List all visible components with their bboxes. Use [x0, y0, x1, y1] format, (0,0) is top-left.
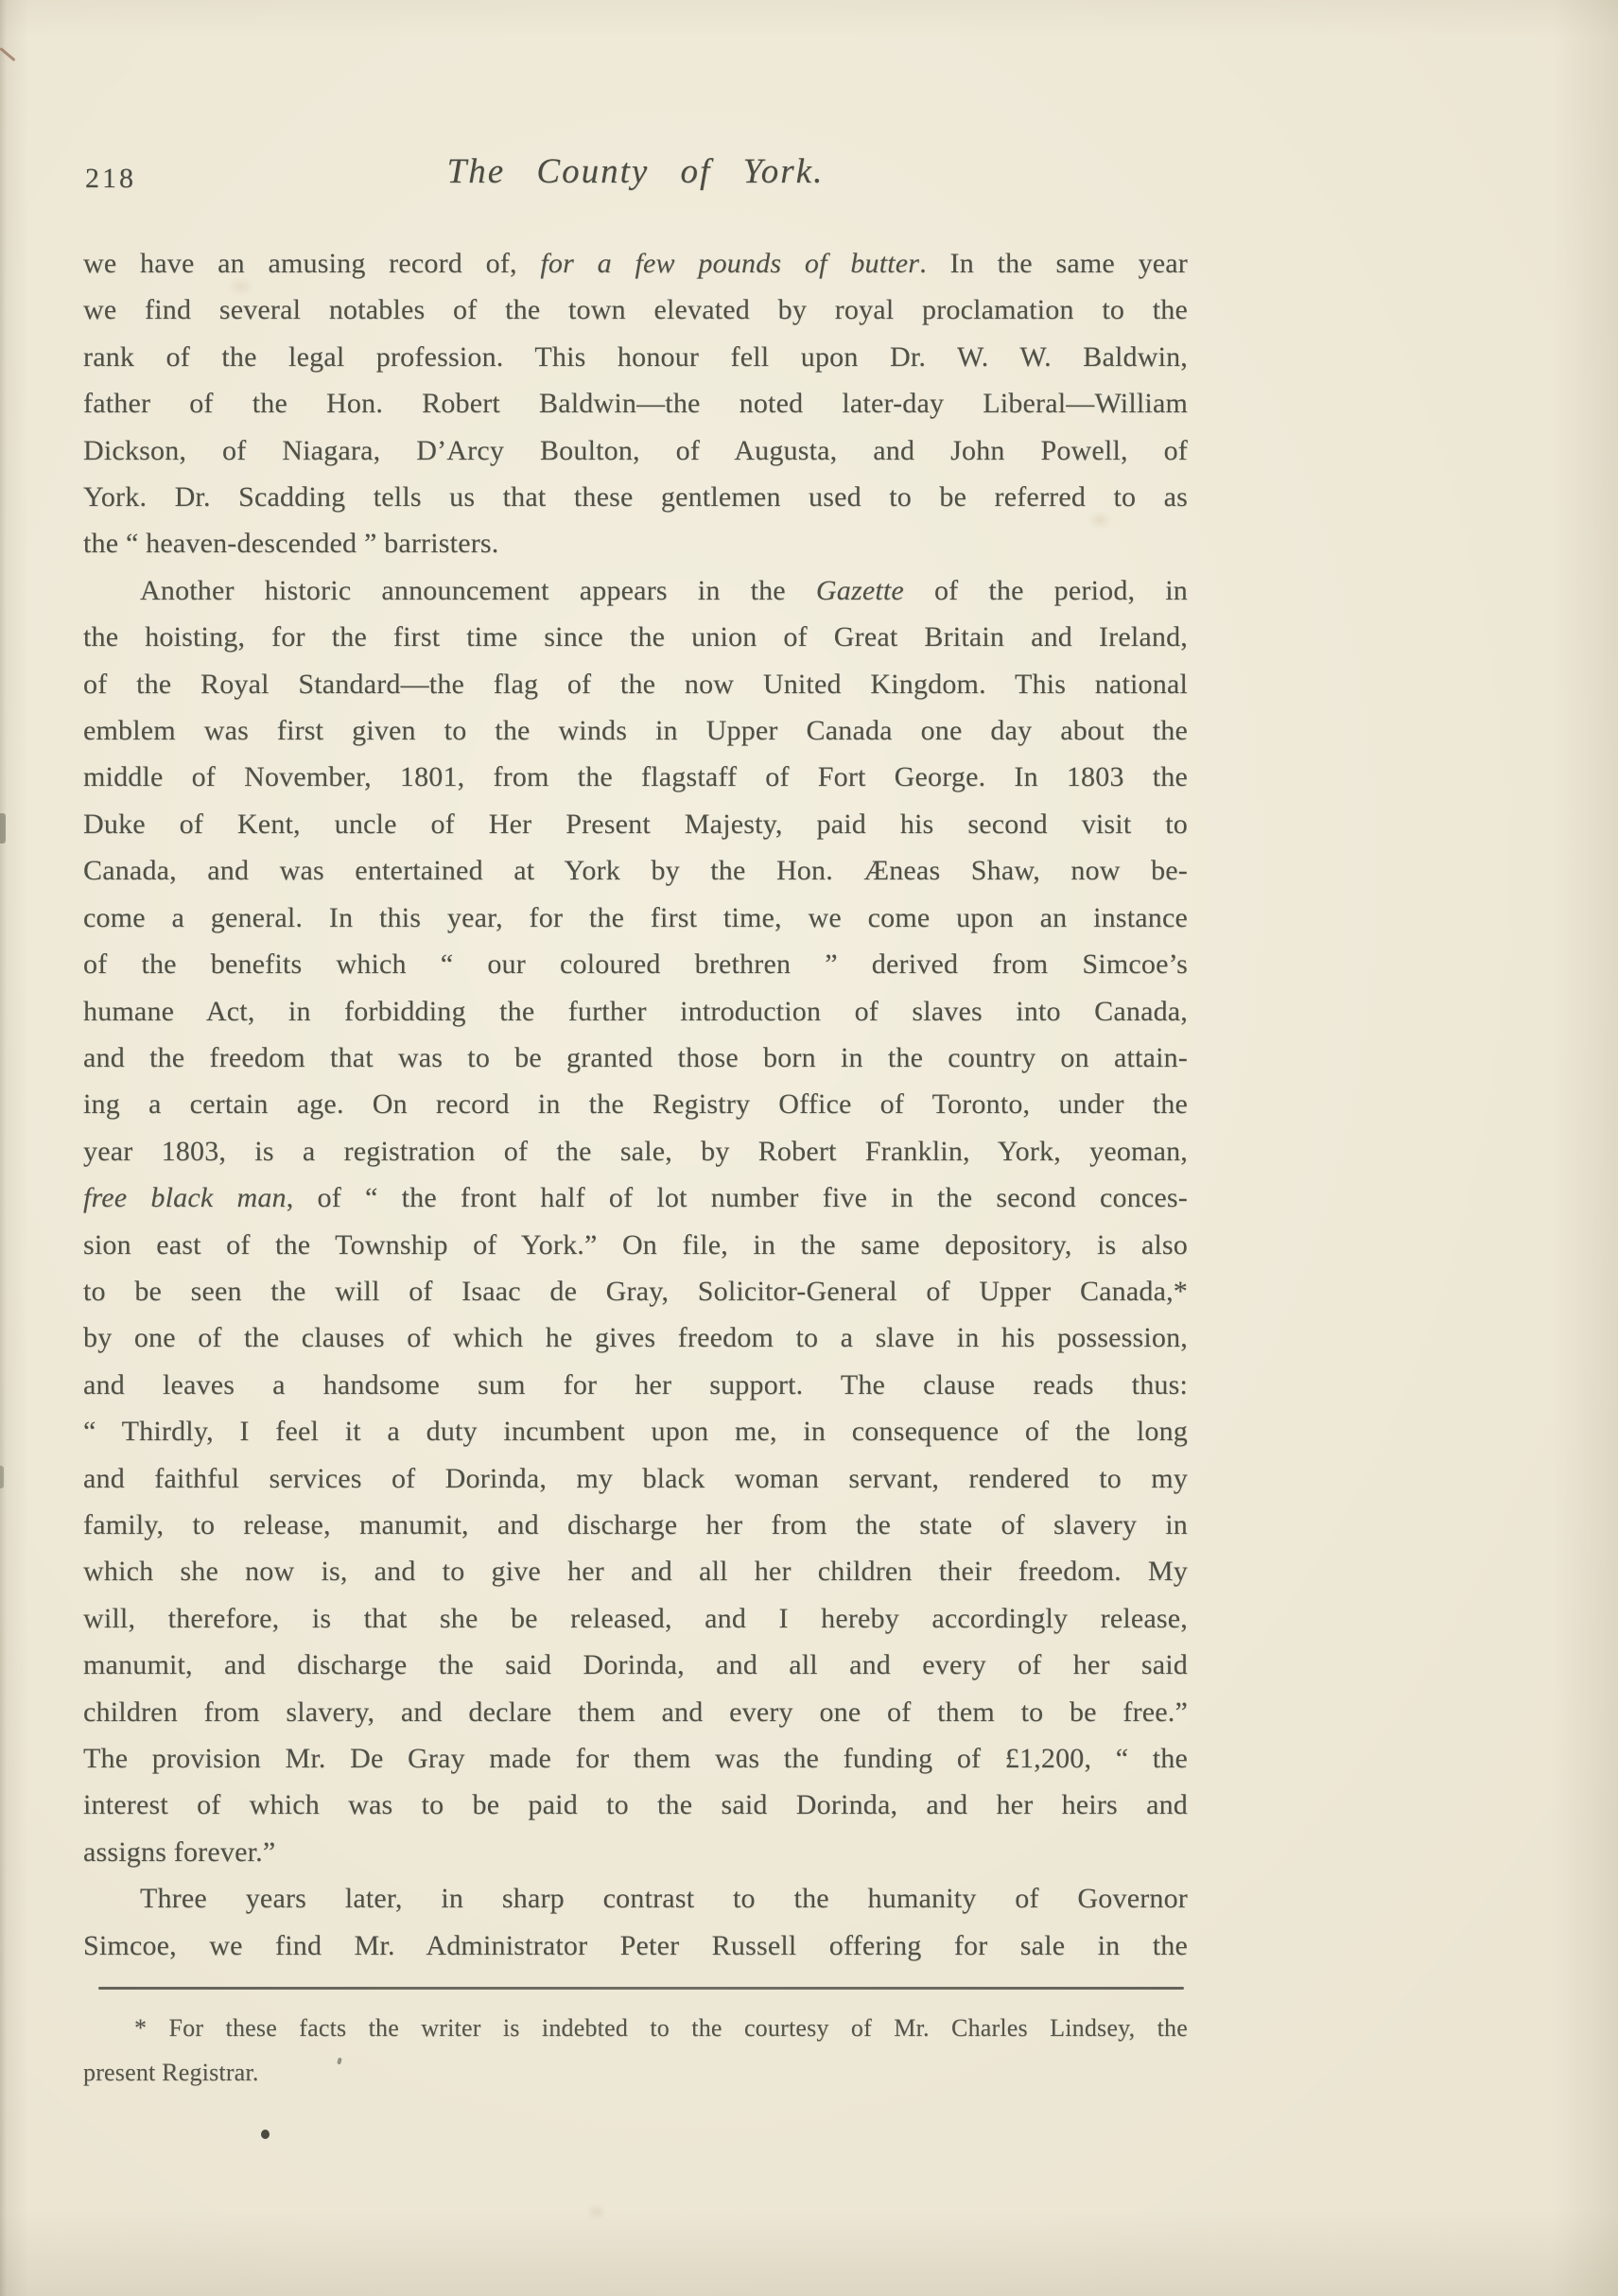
- text-line: free black man, of “ the front half of l…: [83, 1174, 1188, 1221]
- text-line: middle of November, 1801, from the flags…: [83, 754, 1188, 800]
- ink-spot: [261, 2130, 270, 2139]
- text-line: present Registrar.: [83, 2050, 1188, 2095]
- page-number: 218: [85, 163, 136, 195]
- text-line: emblem was first given to the winds in U…: [83, 707, 1188, 754]
- text-line: Another historic announcement appears in…: [83, 567, 1188, 614]
- text-segment: Dickson, of Niagara, D’Arcy Boulton, of …: [83, 435, 1188, 466]
- text-line: York. Dr. Scadding tells us that these g…: [83, 474, 1188, 520]
- text-segment: which she now is, and to give her and al…: [83, 1556, 1188, 1587]
- text-segment: and the freedom that was to be granted t…: [83, 1042, 1188, 1073]
- text-segment: Three years later, in sharp contrast to …: [140, 1883, 1188, 1914]
- text-line: year 1803, is a registration of the sale…: [83, 1128, 1188, 1174]
- text-segment: the hoisting, for the first time since t…: [83, 621, 1188, 652]
- text-segment: of the benefits which “ our coloured bre…: [83, 948, 1188, 980]
- text-segment: ing a certain age. On record in the Regi…: [83, 1088, 1188, 1120]
- text-line: Canada, and was entertained at York by t…: [83, 847, 1188, 894]
- text-segment: by one of the clauses of which he gives …: [83, 1322, 1188, 1353]
- paragraph: Three years later, in sharp contrast to …: [83, 1875, 1188, 1969]
- text-line: Duke of Kent, uncle of Her Present Majes…: [83, 801, 1188, 847]
- text-segment: year 1803, is a registration of the sale…: [83, 1136, 1188, 1167]
- text-segment: family, to release, manumit, and dischar…: [83, 1509, 1188, 1540]
- text-segment: Simcoe, we find Mr. Administrator Peter …: [83, 1930, 1188, 1961]
- text-segment: sion east of the Township of York.” On f…: [83, 1229, 1188, 1261]
- text-segment: present Registrar.: [83, 2059, 259, 2086]
- text-line: which she now is, and to give her and al…: [83, 1548, 1188, 1594]
- text-segment: come a general. In this year, for the fi…: [83, 902, 1188, 933]
- text-line: The provision Mr. De Gray made for them …: [83, 1735, 1188, 1782]
- text-segment: York. Dr. Scadding tells us that these g…: [83, 481, 1188, 513]
- text-line: of the Royal Standard—the flag of the no…: [83, 661, 1188, 707]
- text-segment: emblem was first given to the winds in U…: [83, 715, 1188, 746]
- text-line: sion east of the Township of York.” On f…: [83, 1222, 1188, 1268]
- text-segment: Another historic announcement appears in…: [140, 575, 816, 606]
- text-line: ing a certain age. On record in the Regi…: [83, 1081, 1188, 1127]
- italic-text-segment: Gazette: [816, 575, 904, 606]
- text-segment: The provision Mr. De Gray made for them …: [83, 1743, 1188, 1774]
- text-line: the “ heaven-descended ” barristers.: [83, 520, 1188, 566]
- text-line: * For these facts the writer is indebted…: [83, 2006, 1188, 2050]
- text-segment: will, therefore, is that she be released…: [83, 1603, 1188, 1634]
- page-header: 218 The County of York.: [83, 151, 1188, 204]
- paragraph: we have an amusing record of, for a few …: [83, 240, 1188, 567]
- text-segment: children from slavery, and declare them …: [83, 1696, 1188, 1728]
- text-line: and faithful services of Dorinda, my bla…: [83, 1455, 1188, 1502]
- text-segment: we find several notables of the town ele…: [83, 294, 1188, 325]
- text-segment: father of the Hon. Robert Baldwin—the no…: [83, 388, 1188, 419]
- text-line: will, therefore, is that she be released…: [83, 1595, 1188, 1642]
- body-text: we have an amusing record of, for a few …: [83, 240, 1188, 1969]
- text-segment: and leaves a handsome sum for her suppor…: [83, 1369, 1188, 1400]
- running-head-title: The County of York.: [83, 151, 1188, 192]
- text-segment: Canada, and was entertained at York by t…: [83, 855, 1188, 886]
- foxing-stain: [586, 2203, 607, 2220]
- text-segment: the “ heaven-descended ” barristers.: [83, 528, 498, 559]
- text-line: and the freedom that was to be granted t…: [83, 1035, 1188, 1081]
- text-line: interest of which was to be paid to the …: [83, 1782, 1188, 1828]
- text-segment: assigns forever.”: [83, 1836, 275, 1868]
- text-segment: middle of November, 1801, from the flags…: [83, 761, 1188, 792]
- footnote-divider: [98, 1987, 1184, 1990]
- text-line: rank of the legal profession. This honou…: [83, 334, 1188, 380]
- text-line: come a general. In this year, for the fi…: [83, 895, 1188, 941]
- text-line: father of the Hon. Robert Baldwin—the no…: [83, 380, 1188, 426]
- text-segment: “ Thirdly, I feel it a duty incumbent up…: [83, 1416, 1188, 1447]
- text-line: to be seen the will of Isaac de Gray, So…: [83, 1268, 1188, 1314]
- text-segment: interest of which was to be paid to the …: [83, 1789, 1188, 1820]
- text-line: Three years later, in sharp contrast to …: [83, 1875, 1188, 1922]
- text-line: humane Act, in forbidding the further in…: [83, 988, 1188, 1035]
- text-line: by one of the clauses of which he gives …: [83, 1314, 1188, 1361]
- text-segment: humane Act, in forbidding the further in…: [83, 996, 1188, 1027]
- text-line: we find several notables of the town ele…: [83, 287, 1188, 333]
- text-segment: of the Royal Standard—the flag of the no…: [83, 669, 1188, 700]
- text-segment: and faithful services of Dorinda, my bla…: [83, 1463, 1188, 1494]
- italic-text-segment: for a few pounds of butter: [540, 248, 919, 279]
- text-line: assigns forever.”: [83, 1829, 1188, 1875]
- book-page: 218 The County of York. we have an amusi…: [0, 0, 1618, 2296]
- text-line: Dickson, of Niagara, D’Arcy Boulton, of …: [83, 427, 1188, 474]
- paragraph: Another historic announcement appears in…: [83, 567, 1188, 1875]
- text-segment: rank of the legal profession. This honou…: [83, 341, 1188, 373]
- text-line: “ Thirdly, I feel it a duty incumbent up…: [83, 1408, 1188, 1454]
- text-line: Simcoe, we find Mr. Administrator Peter …: [83, 1922, 1188, 1969]
- text-segment: * For these facts the writer is indebted…: [134, 2014, 1188, 2042]
- text-segment: we have an amusing record of,: [83, 248, 540, 279]
- scan-edge-mark: [0, 1466, 4, 1488]
- text-line: children from slavery, and declare them …: [83, 1689, 1188, 1735]
- text-segment: to be seen the will of Isaac de Gray, So…: [83, 1276, 1188, 1307]
- text-line: manumit, and discharge the said Dorinda,…: [83, 1642, 1188, 1688]
- italic-text-segment: free black man: [83, 1182, 287, 1213]
- text-line: family, to release, manumit, and dischar…: [83, 1502, 1188, 1548]
- text-segment: , of “ the front half of lot number five…: [287, 1182, 1188, 1213]
- scan-edge-mark: [0, 813, 6, 844]
- text-line: we have an amusing record of, for a few …: [83, 240, 1188, 287]
- scan-corner-mark: [0, 47, 16, 61]
- text-segment: . In the same year: [919, 248, 1188, 279]
- footnote: * For these facts the writer is indebted…: [83, 2006, 1188, 2095]
- text-segment: of the period, in: [904, 575, 1188, 606]
- text-line: and leaves a handsome sum for her suppor…: [83, 1362, 1188, 1408]
- text-segment: manumit, and discharge the said Dorinda,…: [83, 1649, 1188, 1680]
- text-line: the hoisting, for the first time since t…: [83, 614, 1188, 660]
- text-line: of the benefits which “ our coloured bre…: [83, 941, 1188, 987]
- text-segment: Duke of Kent, uncle of Her Present Majes…: [83, 809, 1188, 840]
